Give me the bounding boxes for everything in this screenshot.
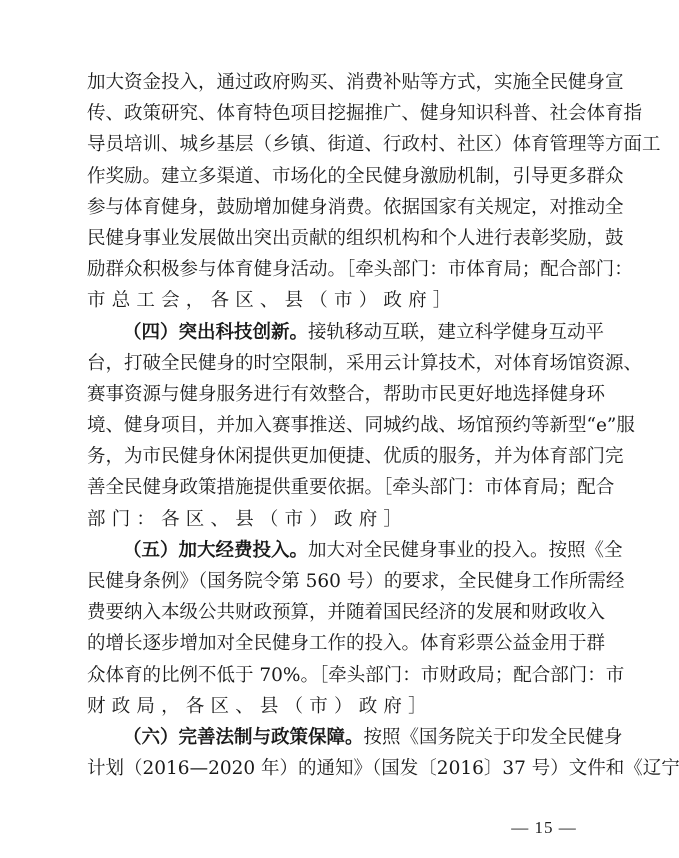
text-line: 财政局，各区、县（市）政府］ [87,691,591,722]
text-line: 作奖励。建立多渠道、市场化的全民健身激励机制，引导更多群众 [87,161,591,192]
page-number: — 15 — [510,818,578,838]
text-line: 众体育的比例不低于 70%。［牵头部门：市财政局；配合部门：市 [87,660,591,691]
text-line: 参与体育健身，鼓励增加健身消费。依据国家有关规定，对推动全 [87,192,591,223]
section-4-first-line: （四）突出科技创新。接轨移动互联，建立科学健身互动平 [87,317,591,348]
text-line: 计划（2016—2020 年）的通知》（国发〔2016〕37 号）文件和《辽宁省 [87,753,591,784]
text-span: 加大对全民健身事业的投入。按照《全 [308,540,623,561]
text-line: 市总工会，各区、县（市）政府］ [87,285,591,316]
section-heading: （六）完善法制与政策保障。 [123,727,364,748]
text-line: 传、政策研究、体育特色项目挖掘推广、健身知识科普、社会体育指 [87,98,591,129]
text-line: 务，为市民健身休闲提供更加便捷、优质的服务，并为体育部门完 [87,441,591,472]
text-line: 善全民健身政策措施提供重要依据。［牵头部门：市体育局；配合 [87,472,591,503]
text-span: 按照《国务院关于印发全民健身 [364,727,623,748]
document-body: 加大资金投入，通过政府购买、消费补贴等方式，实施全民健身宣 传、政策研究、体育特… [87,67,591,784]
document-page: 加大资金投入，通过政府购买、消费补贴等方式，实施全民健身宣 传、政策研究、体育特… [0,0,679,858]
text-line: 加大资金投入，通过政府购买、消费补贴等方式，实施全民健身宣 [87,67,591,98]
text-line: 导员培训、城乡基层（乡镇、街道、行政村、社区）体育管理等方面工 [87,129,591,160]
section-heading: （五）加大经费投入。 [123,540,308,561]
text-line: 费要纳入本级公共财政预算，并随着国民经济的发展和财政收入 [87,597,591,628]
text-span: 接轨移动互联，建立科学健身互动平 [308,322,604,343]
text-line: 的增长逐步增加对全民健身工作的投入。体育彩票公益金用于群 [87,628,591,659]
text-line: 民健身事业发展做出突出贡献的组织机构和个人进行表彰奖励，鼓 [87,223,591,254]
text-line: 境、健身项目，并加入赛事推送、同城约战、场馆预约等新型“e”服 [87,410,591,441]
section-5-first-line: （五）加大经费投入。加大对全民健身事业的投入。按照《全 [87,535,591,566]
section-6-first-line: （六）完善法制与政策保障。按照《国务院关于印发全民健身 [87,722,591,753]
text-line: 台，打破全民健身的时空限制，采用云计算技术，对体育场馆资源、 [87,348,591,379]
text-line: 部门：各区、县（市）政府］ [87,504,591,535]
text-line: 民健身条例》（国务院令第 560 号）的要求，全民健身工作所需经 [87,566,591,597]
text-line: 励群众积极参与体育健身活动。［牵头部门：市体育局；配合部门： [87,254,591,285]
text-line: 赛事资源与健身服务进行有效整合，帮助市民更好地选择健身环 [87,379,591,410]
section-heading: （四）突出科技创新。 [123,322,308,343]
